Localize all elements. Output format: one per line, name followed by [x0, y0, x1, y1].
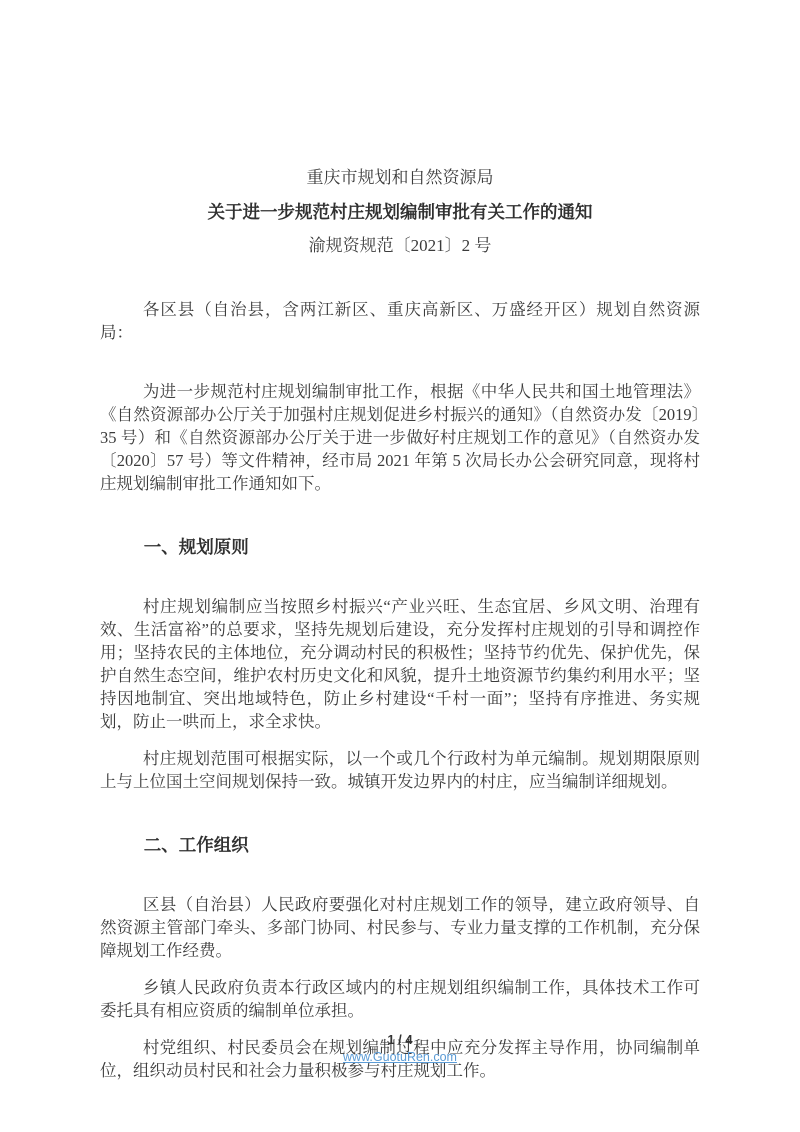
intro-paragraph: 为进一步规范村庄规划编制审批工作，根据《中华人民共和国土地管理法》《自然资源部办… [100, 380, 700, 495]
salutation: 各区县（自治县，含两江新区、重庆高新区、万盛经开区）规划自然资源局： [100, 298, 700, 344]
section-1-paragraph: 村庄规划范围可根据实际，以一个或几个行政村为单元编制。规划期限原则上与上位国土空… [100, 747, 700, 793]
page-number: 1 / 4 [0, 1031, 800, 1048]
section-1-paragraph: 村庄规划编制应当按照乡村振兴“产业兴旺、生态宜居、乡风文明、治理有效、生活富裕”… [100, 595, 700, 733]
document-content: 重庆市规划和自然资源局 关于进一步规范村庄规划编制审批有关工作的通知 渝规资规范… [100, 0, 700, 1082]
section-2-paragraph: 乡镇人民政府负责本行政区域内的村庄规划组织编制工作，具体技术工作可委托具有相应资… [100, 976, 700, 1022]
issuing-agency: 重庆市规划和自然资源局 [100, 166, 700, 190]
page-footer: 1 / 4 www.GuotuRen.com [0, 1031, 800, 1066]
footer-website-link[interactable]: www.GuotuRen.com [343, 1049, 457, 1065]
section-heading-1: 一、规划原则 [100, 535, 700, 559]
section-heading-2: 二、工作组织 [100, 833, 700, 857]
document-title: 关于进一步规范村庄规划编制审批有关工作的通知 [100, 200, 700, 224]
section-2-paragraph: 区县（自治县）人民政府要强化对村庄规划工作的领导，建立政府领导、自然资源主管部门… [100, 893, 700, 962]
document-number: 渝规资规范〔2021〕2 号 [100, 234, 700, 258]
document-page: 重庆市规划和自然资源局 关于进一步规范村庄规划编制审批有关工作的通知 渝规资规范… [0, 0, 800, 1132]
